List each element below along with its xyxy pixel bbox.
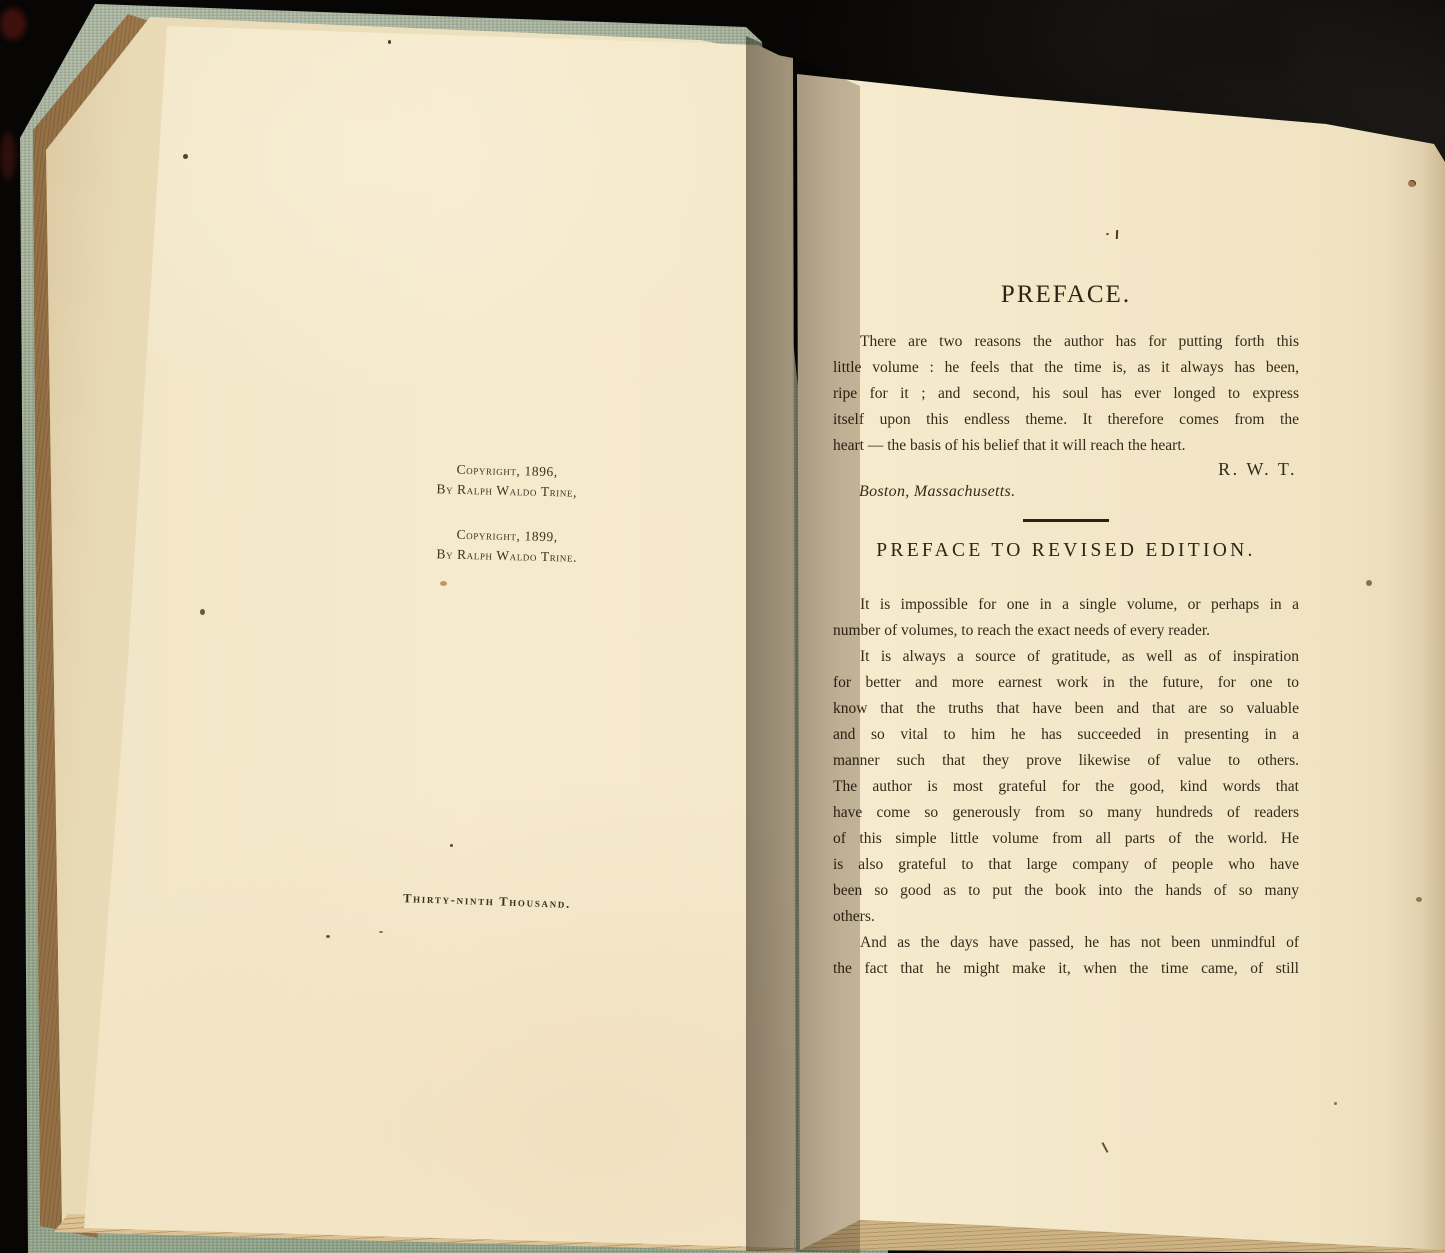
text-line: the fact that he might make it, when the… bbox=[833, 956, 1299, 982]
background-smudge bbox=[0, 8, 26, 40]
text-line: been so good as to put the book into the… bbox=[833, 878, 1299, 904]
foxing-spot bbox=[450, 844, 453, 847]
background-smudge bbox=[0, 132, 16, 180]
text-line: is also grateful to that large company o… bbox=[833, 852, 1299, 878]
foxing-spot bbox=[379, 931, 383, 933]
foxing-spot bbox=[183, 154, 188, 159]
copyright-1896-block: Copyright, 1896, By Ralph Waldo Trine, bbox=[382, 458, 633, 504]
foxing-spot bbox=[200, 609, 205, 615]
text-line: There are two reasons the author has for… bbox=[833, 329, 1299, 355]
foxing-spot bbox=[440, 581, 447, 586]
text-line: know that the truths that have been and … bbox=[833, 696, 1299, 722]
text-line: It is always a source of gratitude, as w… bbox=[833, 644, 1299, 670]
foxing-spot bbox=[1366, 580, 1372, 586]
text-line: for better and more earnest work in the … bbox=[833, 670, 1299, 696]
revised-paragraph-3: And as the days have passed, he has not … bbox=[833, 930, 1299, 982]
text-line: The author is most grateful for the good… bbox=[833, 774, 1299, 800]
revised-edition-heading: PREFACE TO REVISED EDITION. bbox=[833, 538, 1299, 564]
foxing-spot bbox=[1334, 1102, 1337, 1105]
preface-text-column: PREFACE. There are two reasons the autho… bbox=[833, 281, 1299, 982]
text-line: little volume : he feels that the time i… bbox=[833, 355, 1299, 381]
text-line: heart — the basis of his belief that it … bbox=[833, 433, 1299, 459]
text-line: And as the days have passed, he has not … bbox=[833, 930, 1299, 956]
revised-paragraph-2: It is always a source of gratitude, as w… bbox=[833, 644, 1299, 930]
text-line: and so vital to him he has succeeded in … bbox=[833, 722, 1299, 748]
copyright-1899-block: Copyright, 1899, By Ralph Waldo Trine. bbox=[382, 523, 633, 569]
text-line: It is impossible for one in a single vol… bbox=[833, 592, 1299, 618]
foxing-spot bbox=[326, 935, 330, 938]
background-smudge bbox=[1140, 6, 1290, 76]
text-line: ripe for it ; and second, his soul has e… bbox=[833, 381, 1299, 407]
text-line: others. bbox=[833, 904, 1299, 930]
author-initials: R. W. T. bbox=[833, 457, 1299, 481]
text-line: number of volumes, to reach the exact ne… bbox=[833, 618, 1299, 644]
preface-heading: PREFACE. bbox=[833, 281, 1299, 309]
foxing-spot bbox=[1416, 897, 1422, 902]
text-line: manner such that they prove likewise of … bbox=[833, 748, 1299, 774]
stray-mark bbox=[1116, 230, 1118, 239]
foxing-mark bbox=[1102, 1142, 1109, 1153]
text-line: itself upon this endless theme. It there… bbox=[833, 407, 1299, 433]
text-line: of this simple little volume from all pa… bbox=[833, 826, 1299, 852]
edition-statement: Thirty-ninth Thousand. bbox=[362, 890, 612, 914]
section-divider bbox=[1023, 519, 1109, 522]
stray-mark-dot bbox=[1106, 233, 1109, 235]
foxing-spot bbox=[1408, 180, 1416, 187]
preface-paragraph: There are two reasons the author has for… bbox=[833, 329, 1299, 459]
foxing-spot bbox=[388, 40, 391, 44]
open-book-photo: Copyright, 1896, By Ralph Waldo Trine, C… bbox=[0, 0, 1445, 1253]
place-line: Boston, Massachusetts. bbox=[833, 481, 1299, 503]
revised-paragraph-1: It is impossible for one in a single vol… bbox=[833, 592, 1299, 644]
text-line: have come so generously from so many hun… bbox=[833, 800, 1299, 826]
